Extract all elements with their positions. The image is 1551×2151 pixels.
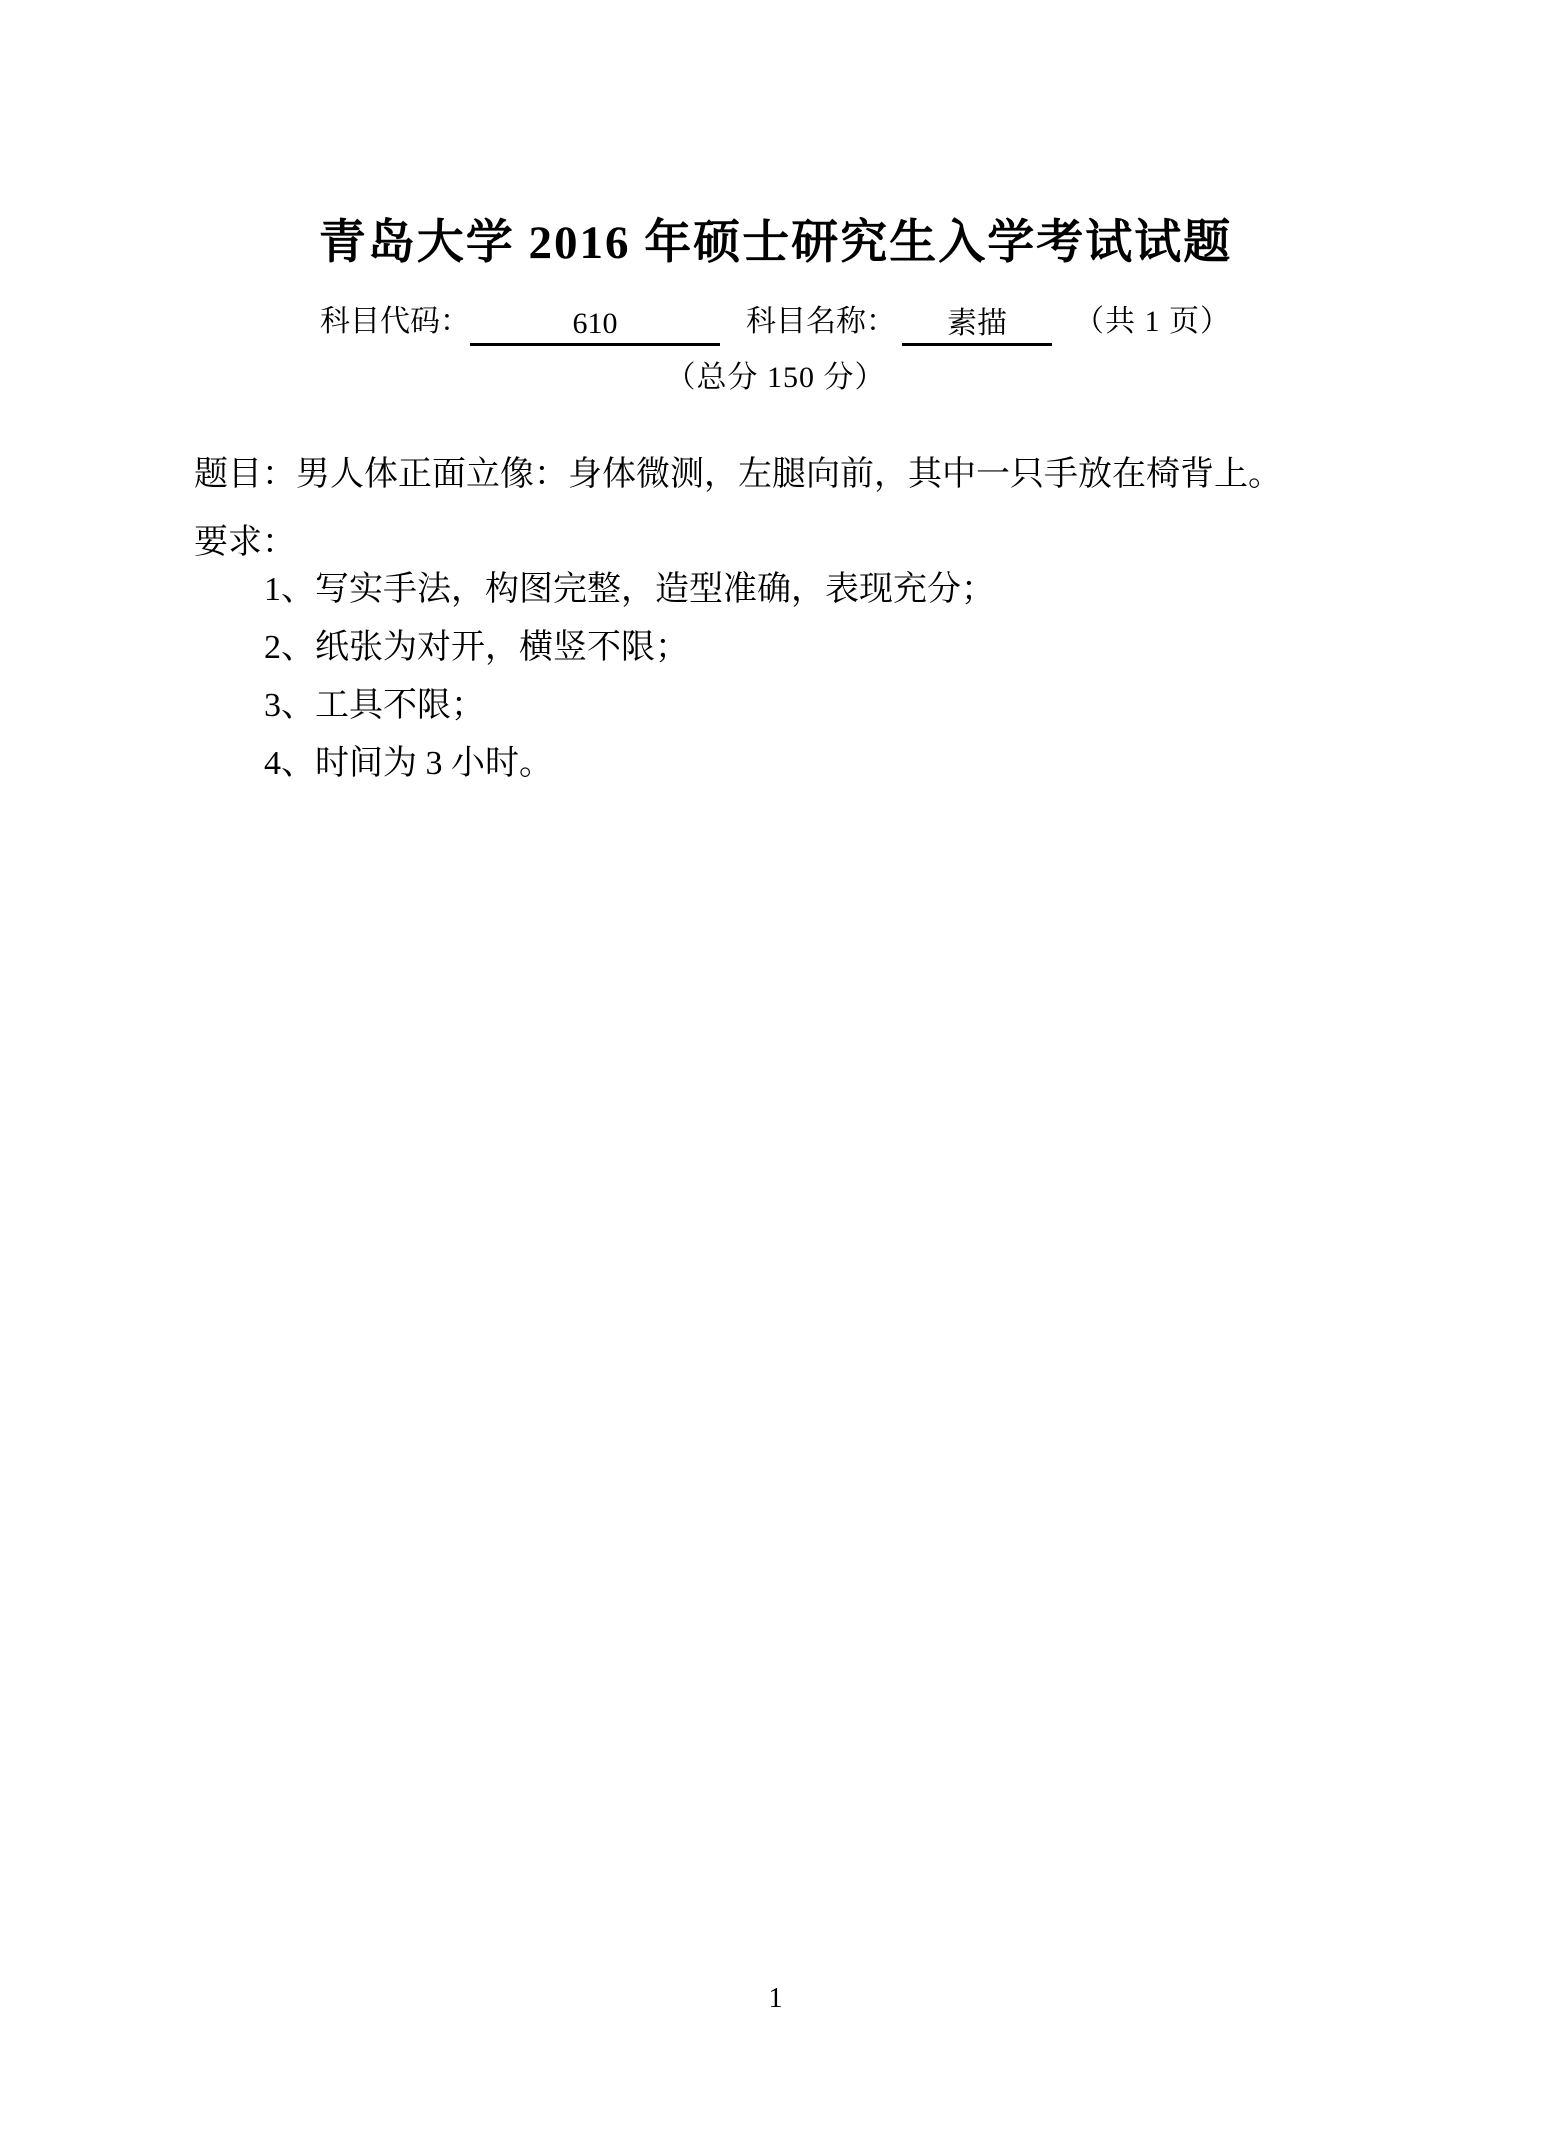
requirement-item-3: 3、工具不限； [264,684,995,742]
total-score-note: （总分 150 分） [0,352,1551,396]
requirement-item-2: 2、纸张为对开，横竖不限； [264,626,995,684]
requirements-label: 要求： [194,514,296,563]
page-number: 1 [0,1983,1551,2015]
subject-info-row: 科目代码： 610 科目名称： 素描 （共 1 页） [0,296,1551,346]
pages-note: （共 1 页） [1074,296,1231,346]
subject-name-label: 科目名称： [746,296,896,346]
exam-paper-page: 青岛大学 2016 年硕士研究生入学考试试题 科目代码： 610 科目名称： 素… [0,0,1551,2151]
subject-code-label: 科目代码： [320,296,470,346]
requirement-item-1: 1、写实手法，构图完整，造型准确，表现充分； [264,568,995,626]
requirement-item-4: 4、时间为 3 小时。 [264,742,995,800]
subject-code-value: 610 [470,307,720,346]
requirements-list: 1、写实手法，构图完整，造型准确，表现充分； 2、纸张为对开，横竖不限； 3、工… [264,568,995,800]
question-statement: 题目：男人体正面立像：身体微测，左腿向前，其中一只手放在椅背上。 [194,455,1401,495]
subject-name-value: 素描 [902,307,1052,346]
page-title: 青岛大学 2016 年硕士研究生入学考试试题 [0,205,1551,272]
